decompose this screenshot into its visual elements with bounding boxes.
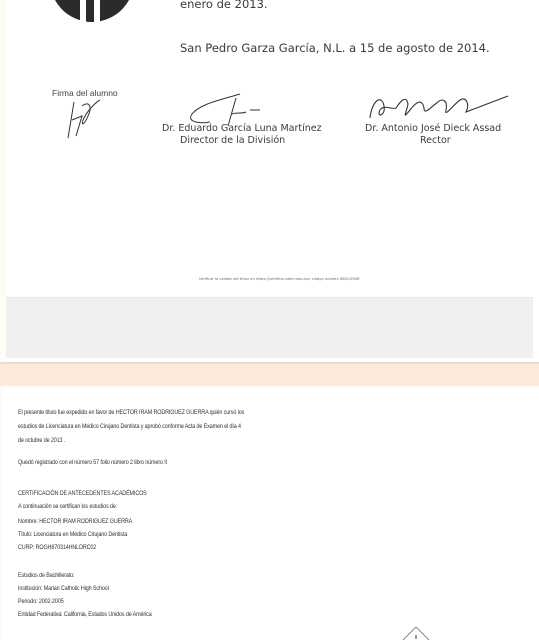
date-fragment: enero de 2013. <box>180 0 268 11</box>
rector-title: Rector <box>420 135 451 146</box>
rector-name: Dr. Antonio José Dieck Assad <box>365 123 501 134</box>
certification-intro: A continuación se certifican los estudio… <box>18 503 117 510</box>
scan-margin-band <box>6 297 533 358</box>
curp-line: CURP: ROGH870314HNLDRC02 <box>18 544 96 551</box>
degree-line: Título: Licenciatura en Médico Cirujano … <box>18 531 127 538</box>
period-line: Período: 2002-2005 <box>18 598 64 605</box>
registration-line: Quedó registrado con el número 57 folio … <box>18 459 167 466</box>
issuance-line-3: de octubre de 2013 . <box>18 437 65 444</box>
issuance-line-2: estudios de Licenciatura en Médico Ciruj… <box>18 423 241 430</box>
director-title: Director de la División <box>180 135 285 146</box>
issuance-line-1: El presente título fue expedido en favor… <box>18 409 244 416</box>
verification-note: Verificar la validez del título en https… <box>199 277 360 281</box>
place-and-date: San Pedro Garza García, N.L. a 15 de ago… <box>180 41 490 55</box>
state-line: Entidad Federativa: California, Estados … <box>18 611 152 618</box>
page-separator <box>0 362 539 386</box>
university-seal-icon <box>50 0 134 22</box>
institution-line: Institución: Marian Catholic High School <box>18 585 109 592</box>
rector-signature-icon <box>362 90 512 126</box>
director-name: Dr. Eduardo García Luna Martínez <box>162 123 322 134</box>
certification-heading: CERTIFICACIÓN DE ANTECEDENTES ACADÉMICOS <box>18 490 147 497</box>
high-school-heading: Estudios de Bachillerato: <box>18 572 74 579</box>
diploma-front-page: enero de 2013. San Pedro Garza García, N… <box>6 0 539 362</box>
student-signature-icon <box>62 96 112 141</box>
stamp-corner-icon <box>398 625 438 640</box>
student-name-line: Nombre: HECTOR IRAM RODRIGUEZ GUERRA <box>18 518 132 525</box>
